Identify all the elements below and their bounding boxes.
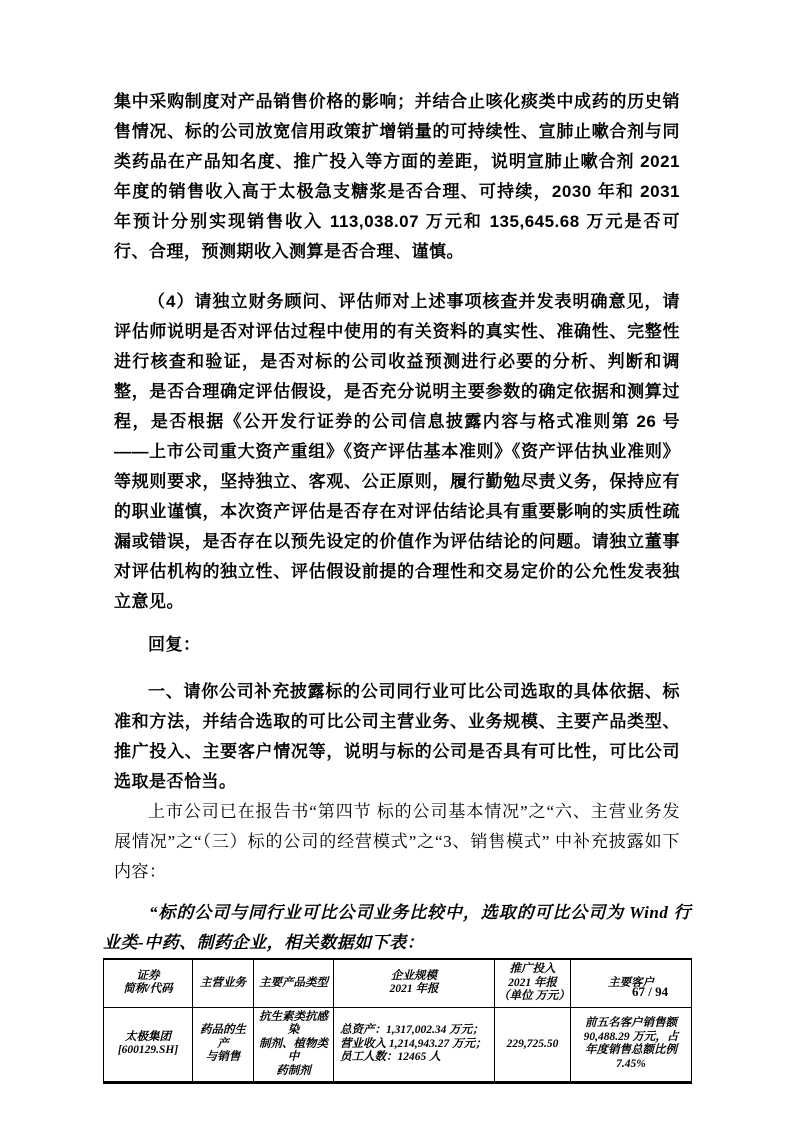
cell-major-customers: 前五名客户销售额 90,488.29 万元，占 年度销售总额比例 7.45% [571, 1007, 692, 1083]
cell-main-business: 药品的生产 与销售 [193, 1007, 254, 1083]
table-header-security-code: 证券 简称/代码 [104, 959, 193, 1007]
cell-security-code: 太极集团 [600129.SH] [104, 1007, 193, 1083]
table-header-main-business: 主营业务 [193, 959, 254, 1007]
table-row: 太极集团 [600129.SH] 药品的生产 与销售 抗生素类抗感染 制剂、植物… [104, 1007, 692, 1083]
table-header-row: 证券 简称/代码 主营业务 主要产品类型 企业规模 2021 年报 推广投入 2… [104, 959, 692, 1007]
table-header-product-type: 主要产品类型 [254, 959, 334, 1007]
cell-promotion-investment: 229,725.50 [495, 1007, 571, 1083]
page-content: 集中采购制度对产品销售价格的影响；并结合止咳化痰类中成药的历史销售情况、标的公司… [114, 87, 680, 1084]
cell-company-scale: 总资产：1,317,002.34 万元； 营业收入 1,214,943.27 万… [334, 1007, 495, 1083]
table-header-major-customers: 主要客户 [571, 959, 692, 1007]
paragraph-question-continuation: 集中采购制度对产品销售价格的影响；并结合止咳化痰类中成药的历史销售情况、标的公司… [114, 87, 680, 267]
table-header-promotion-investment: 推广投入 2021 年报 （单位 万元） [495, 959, 571, 1007]
paragraph-disclosure-intro: 上市公司已在报告书“第四节 标的公司基本情况”之“六、主营业务发展情况”之“（三… [114, 797, 680, 887]
paragraph-question-item-4: （4）请独立财务顾问、评估师对上述事项核查并发表明确意见，请评估师说明是否对评估… [114, 287, 680, 617]
table-header-company-scale: 企业规模 2021 年报 [334, 959, 495, 1007]
page-number: 67 / 94 [632, 984, 668, 1000]
reply-label: 回复： [114, 630, 680, 660]
paragraph-quote-intro: “标的公司与同行业可比公司业务比较中，选取的可比公司为 Wind 行业类-中药、… [103, 898, 691, 958]
comparable-company-table: 证券 简称/代码 主营业务 主要产品类型 企业规模 2021 年报 推广投入 2… [103, 958, 692, 1084]
cell-product-type: 抗生素类抗感染 制剂、植物类中 药制剂 [254, 1007, 334, 1083]
paragraph-question-1: 一、请你公司补充披露标的公司同行业可比公司选取的具体依据、标准和方法，并结合选取… [114, 677, 680, 797]
document-page: 集中采购制度对产品销售价格的影响；并结合止咳化痰类中成药的历史销售情况、标的公司… [0, 0, 793, 1122]
